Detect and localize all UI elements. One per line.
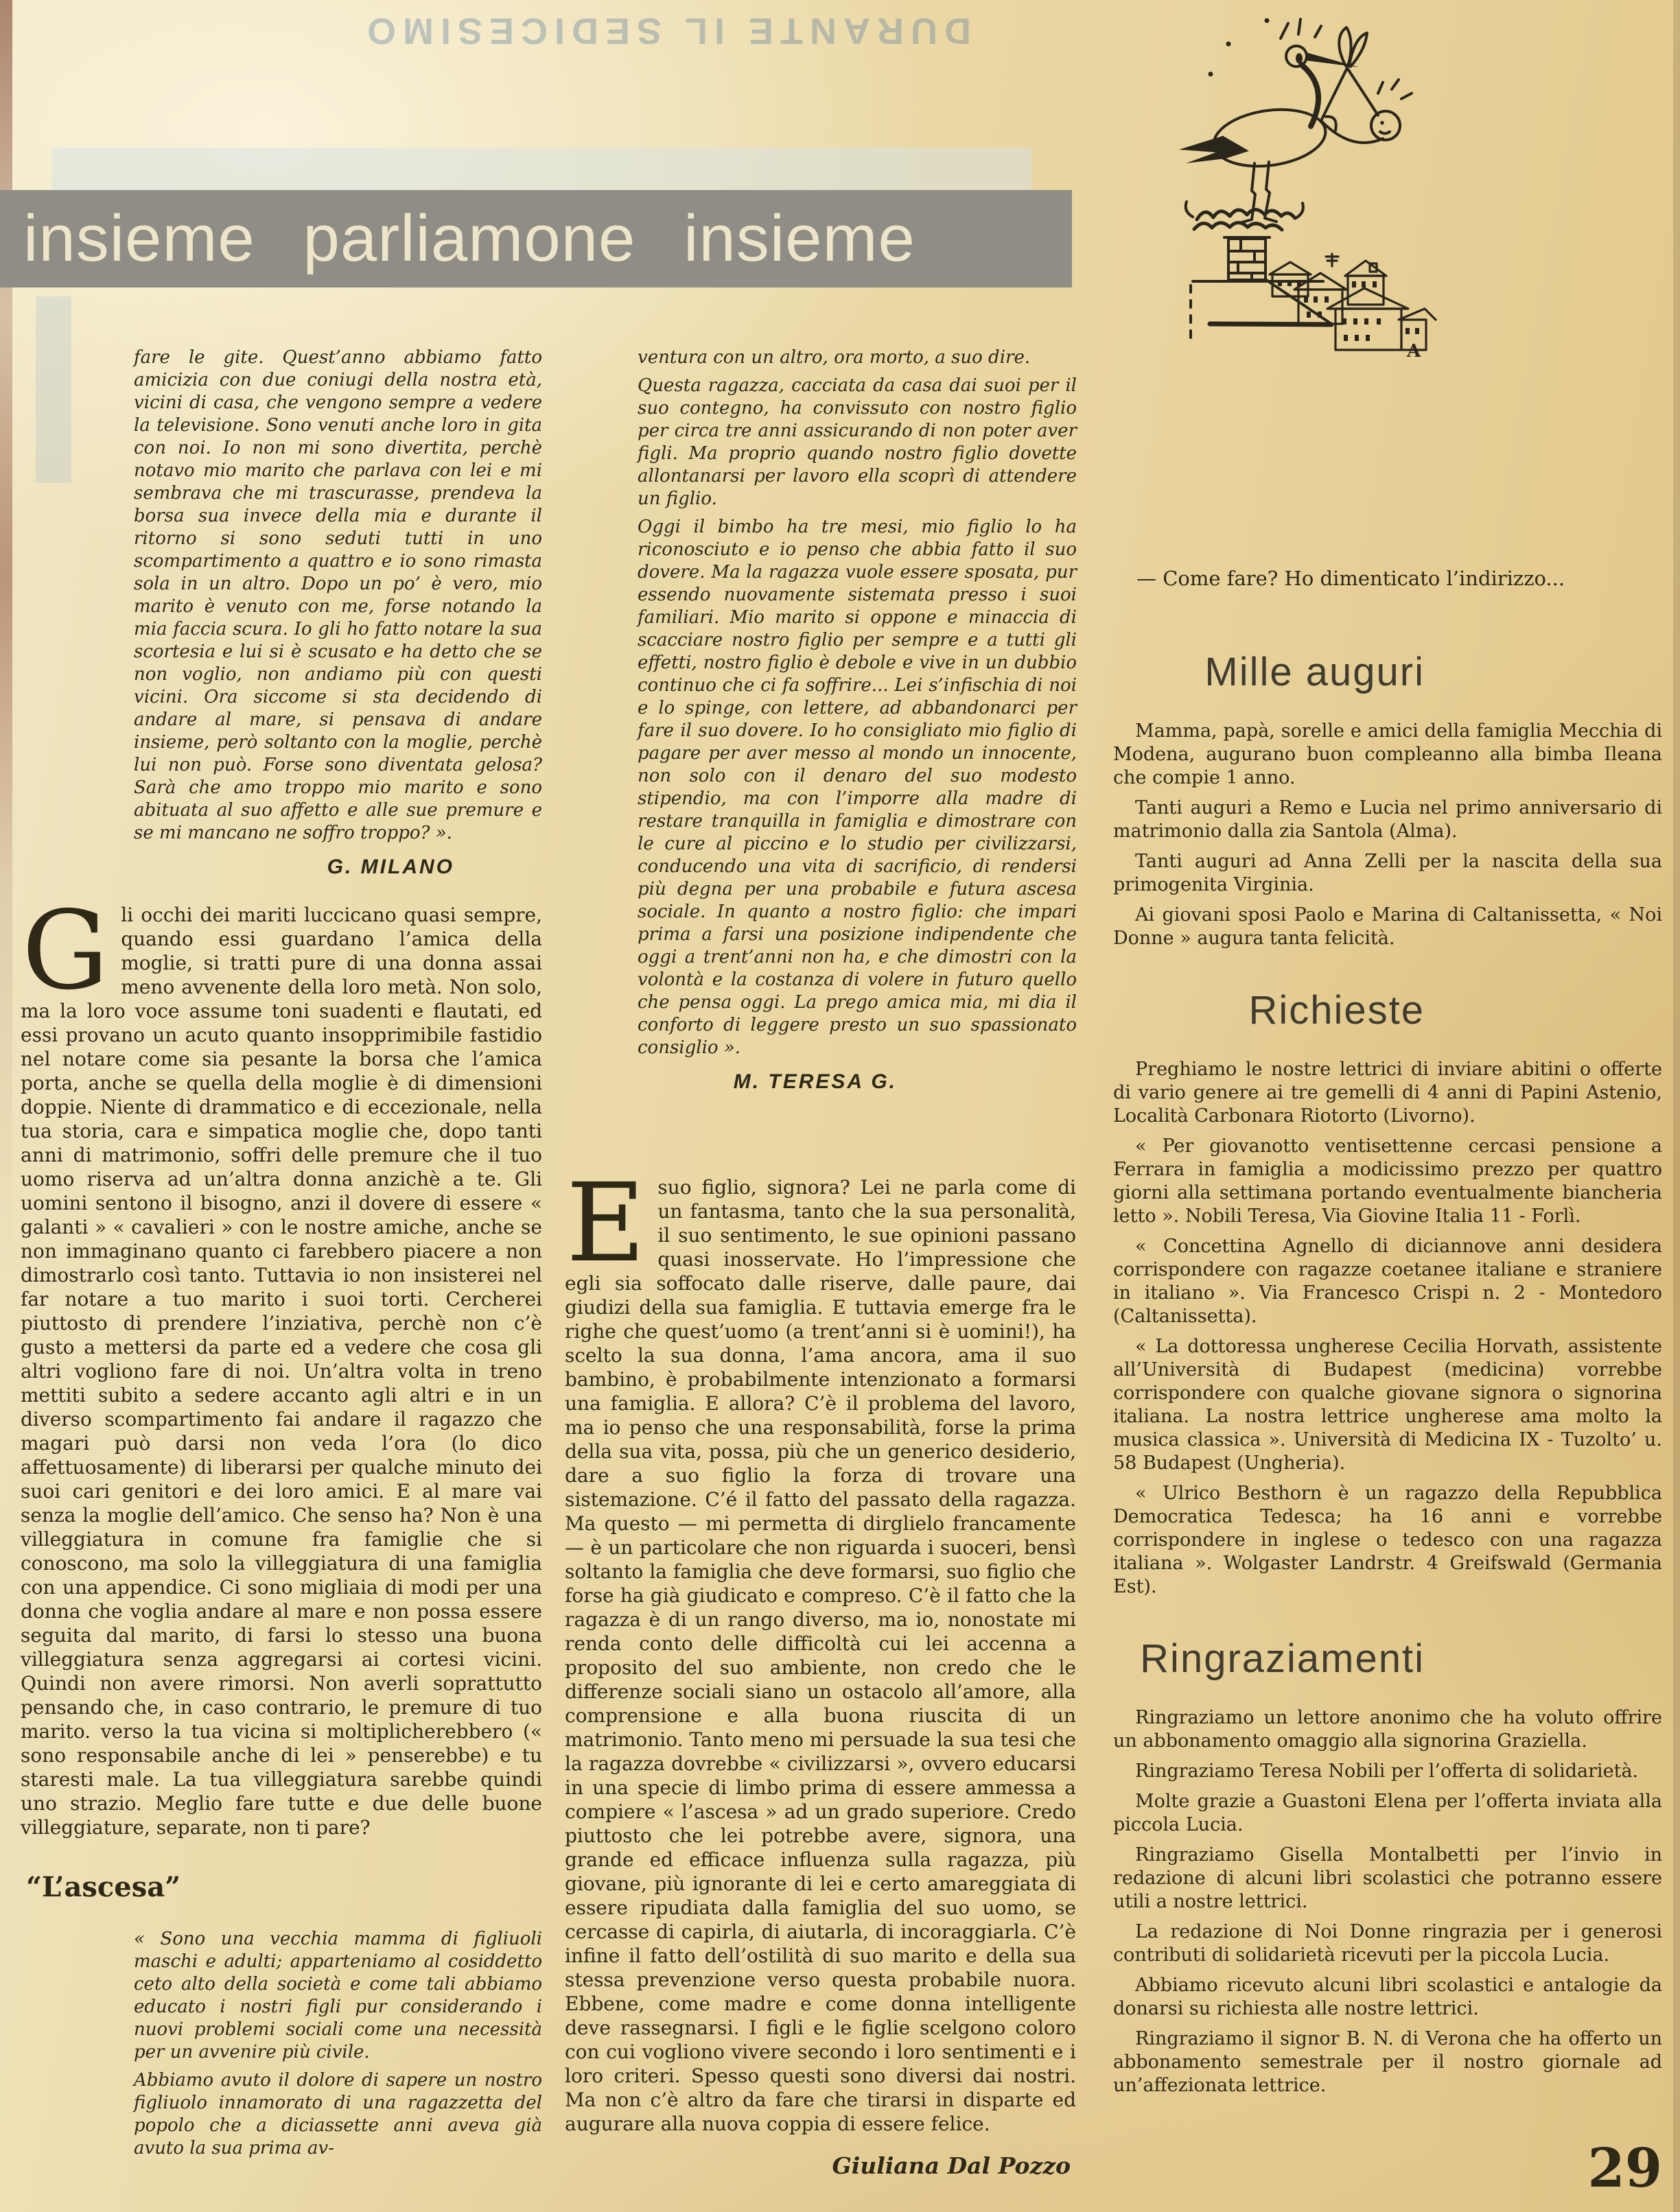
editor-reply-2: Esuo figlio, signora? Lei ne parla come … [565, 1175, 1076, 2178]
list-item: Ringraziamo il signor B. N. di Verona ch… [1113, 2027, 1662, 2097]
list-item: Ringraziamo Gisella Montalbetti per l’in… [1113, 1844, 1662, 1914]
richieste-list: Preghiamo le nostre lettrici di inviare … [1113, 1058, 1662, 1599]
section-header-mille-auguri: Mille auguri [1113, 649, 1662, 695]
drop-cap-g: G [22, 910, 108, 992]
list-item: Mamma, papà, sorelle e amici della famig… [1113, 720, 1662, 790]
letter-2-paragraph: Questa ragazza, cacciata da casa dai suo… [638, 375, 1077, 510]
faded-band [51, 148, 1031, 190]
reply-1-text: li occhi dei mariti luccicano quasi semp… [21, 904, 542, 1839]
list-item: Ringraziamo un lettore anonimo che ha vo… [1113, 1706, 1662, 1753]
list-item: « Per giovanotto ventisettenne cercasi p… [1113, 1135, 1662, 1228]
ringraziamenti-list: Ringraziamo un lettore anonimo che ha vo… [1113, 1706, 1662, 2097]
section-header-ringraziamenti: Ringraziamenti [1113, 1636, 1662, 1682]
list-item: « Concettina Agnello di diciannove anni … [1113, 1235, 1662, 1328]
masthead-bar: insieme parliamone insieme [0, 190, 1072, 287]
list-item: Molte grazie a Guastoni Elena per l’offe… [1113, 1790, 1662, 1837]
letter-2-paragraph: Oggi il bimbo ha tre mesi, mio figlio lo… [638, 516, 1077, 1059]
magazine-page: DURANTE IL SEDICESIMO insieme parliamone… [0, 0, 1680, 2212]
list-item: Tanti auguri a Remo e Lucia nel primo an… [1113, 797, 1662, 843]
reply-2-text: suo figlio, signora? Lei ne parla come d… [565, 1176, 1076, 2135]
section-header-richieste: Richieste [1113, 987, 1662, 1033]
mille-auguri-list: Mamma, papà, sorelle e amici della famig… [1113, 720, 1662, 950]
list-item: Preghiamo le nostre lettrici di inviare … [1113, 1058, 1662, 1128]
sidebar-column: A — Come fare? Ho dimenticato l’indirizz… [1113, 14, 1662, 2104]
column-1: fare le gite. Quest’anno abbiamo fatto a… [21, 346, 542, 2165]
list-item: Ai giovani sposi Paolo e Marina di Calta… [1113, 904, 1662, 950]
letter-2-paragraph: ventura con un altro, ora morto, a suo d… [638, 346, 1077, 369]
page-number: 29 [1587, 2137, 1662, 2200]
svg-text:A: A [1406, 341, 1421, 362]
reader-letter-1: fare le gite. Quest’anno abbiamo fatto a… [134, 346, 542, 878]
list-item: Ringraziamo Teresa Nobili per l’offerta … [1113, 1760, 1662, 1783]
reader-letter-2-part-1: « Sono una vecchia mamma di figliuoli ma… [134, 1928, 542, 2160]
list-item: Abbiamo ricevuto alcuni libri scolastici… [1113, 1974, 1662, 2021]
section-title-ascesa: “L’ascesa” [26, 1871, 542, 1903]
list-item: Tanti auguri ad Anna Zelli per la nascit… [1113, 850, 1662, 897]
stork-cartoon-illustration: A [1152, 14, 1659, 384]
drop-cap-e: E [566, 1182, 645, 1264]
editor-reply-1: Gli occhi dei mariti luccicano quasi sem… [21, 903, 542, 1839]
page-title: insieme parliamone insieme [0, 190, 1072, 287]
list-item: La redazione di Noi Donne ringrazia per … [1113, 1920, 1662, 1967]
scan-edge-artifact [0, 0, 12, 2212]
letter-2-signature: M. TERESA G. [638, 1070, 1077, 1093]
letter-2-paragraph: Abbiamo avuto il dolore di sapere un nos… [134, 2069, 542, 2160]
reader-letter-2-part-2: ventura con un altro, ora morto, a suo d… [638, 346, 1077, 1093]
list-item: « Ulrico Besthorn è un ragazzo della Rep… [1113, 1482, 1662, 1599]
column-2: ventura con un altro, ora morto, a suo d… [565, 346, 1076, 2178]
bleed-through-header: DURANTE IL SEDICESIMO [295, 10, 1036, 52]
cartoon-caption: — Come fare? Ho dimenticato l’indirizzo.… [1136, 567, 1662, 590]
reply-2-signature: Giuliana Dal Pozzo [565, 2154, 1076, 2178]
letter-2-paragraph: « Sono una vecchia mamma di figliuoli ma… [134, 1928, 542, 2064]
scan-edge-artifact-right [1673, 0, 1680, 2212]
letter-1-signature: G. MILANO [134, 856, 542, 878]
list-item: « La dottoressa ungherese Cecilia Horvat… [1113, 1335, 1662, 1475]
letter-1-text: fare le gite. Quest’anno abbiamo fatto a… [134, 346, 542, 845]
